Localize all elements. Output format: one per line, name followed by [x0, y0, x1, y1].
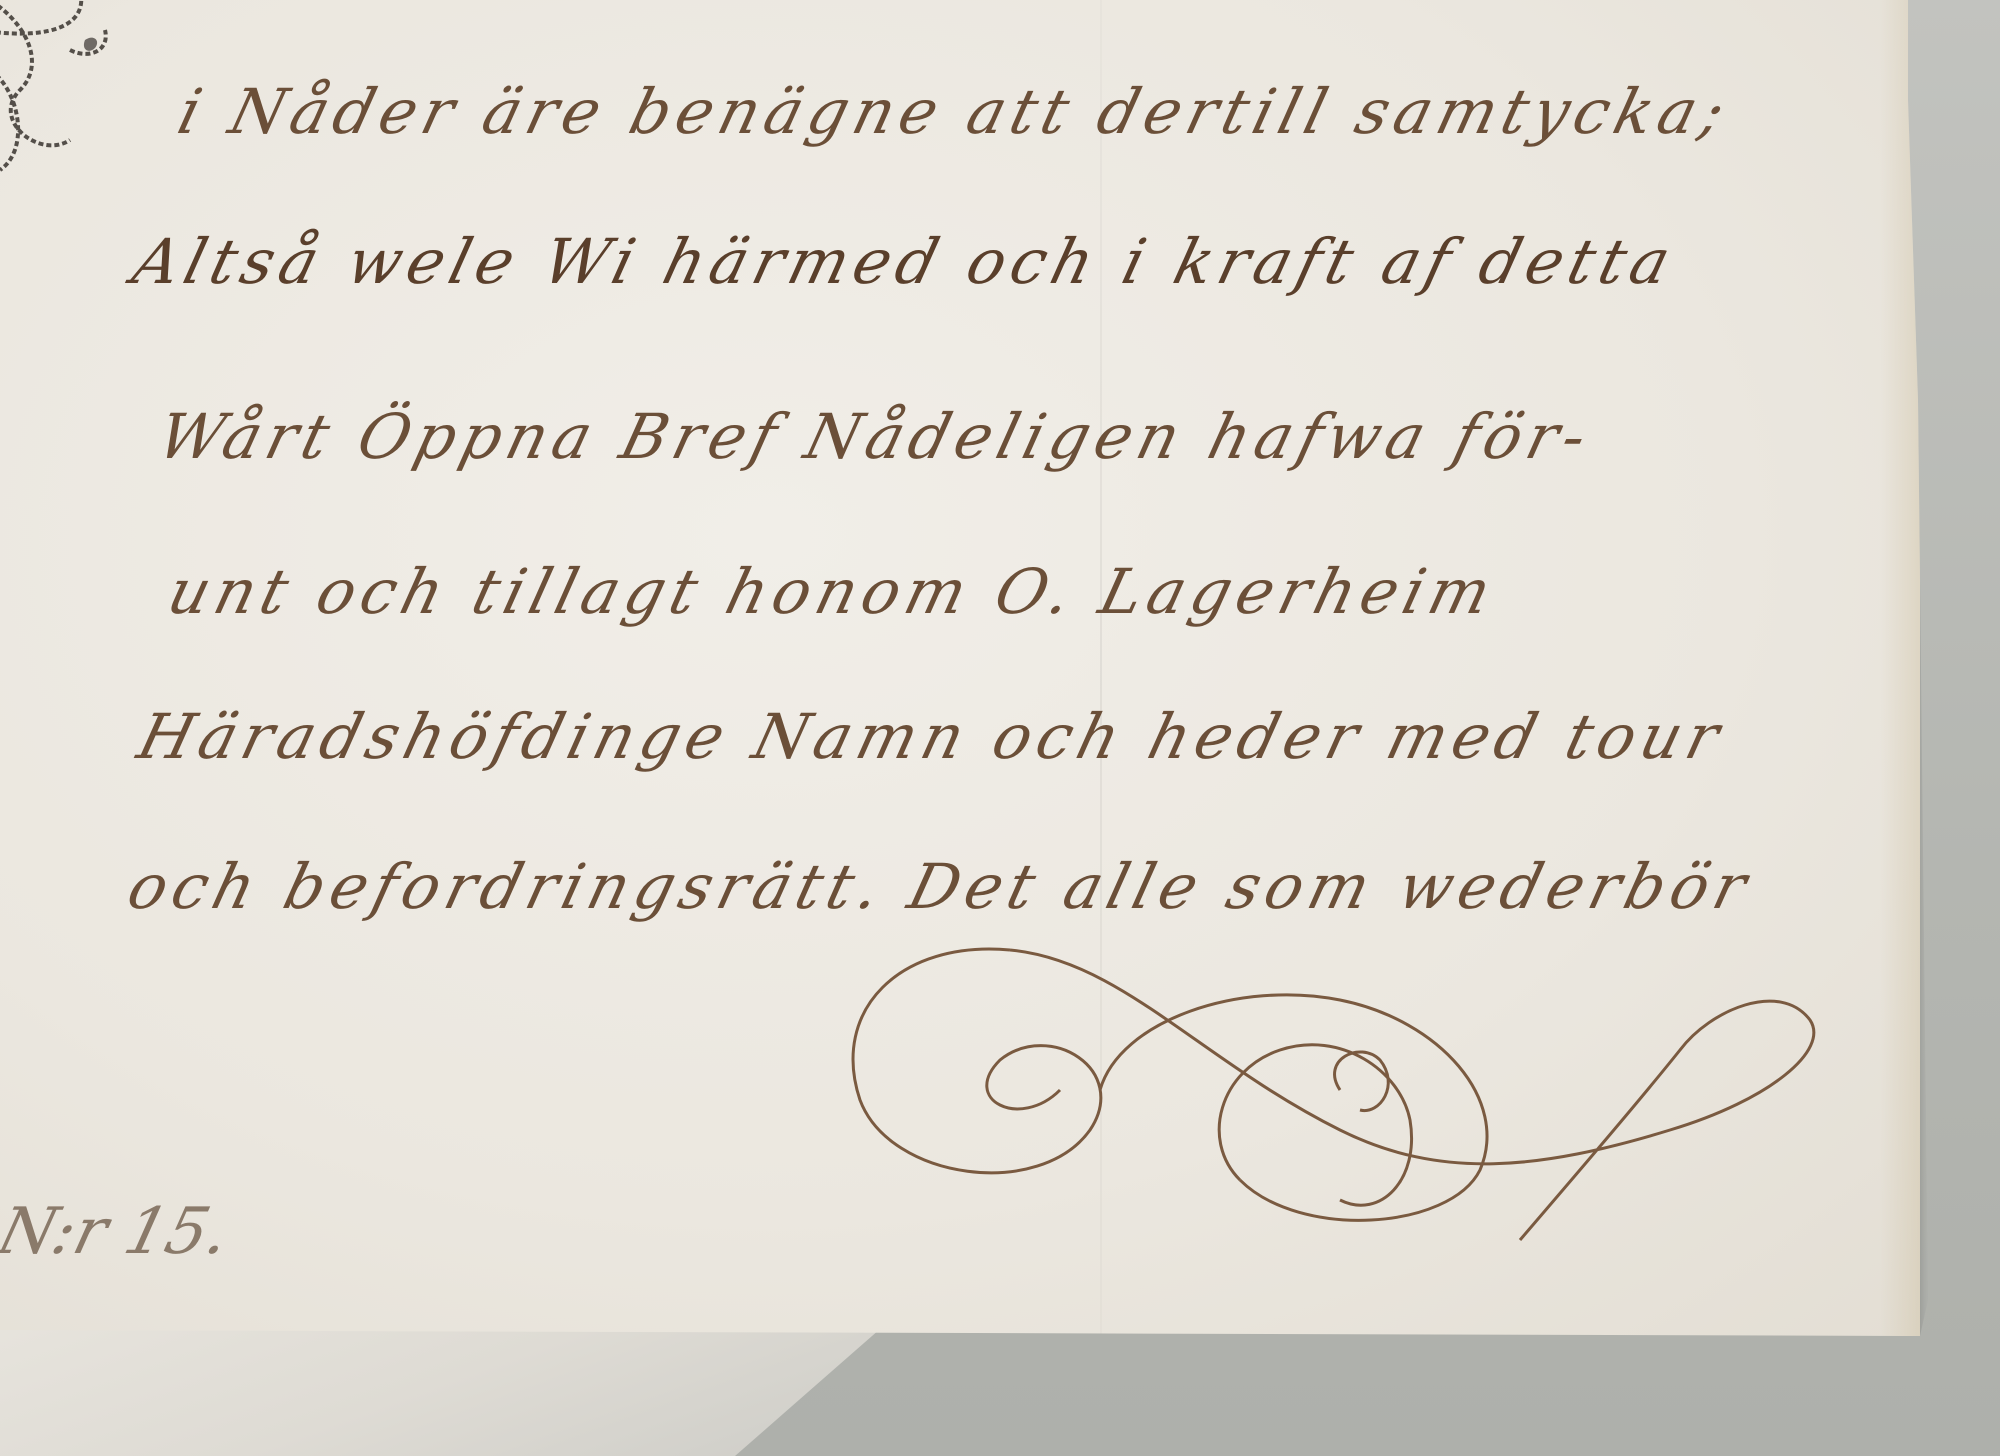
reference-number: N:r 15.: [0, 1195, 237, 1269]
text-line-2: Altså wele Wi härmed och i kraft af dett…: [126, 225, 1684, 298]
text-line-5: Häradshöfdinge Namn och heder med tour: [131, 700, 1732, 773]
text-line-3: Wårt Öppna Bref Nådeligen hafwa för-: [151, 400, 1600, 473]
text-line-6: och befordringsrätt. Det alle som wederb…: [121, 850, 1760, 923]
text-line-1: i Nåder äre benägne att dertill samtycka…: [171, 75, 1738, 148]
seal-ornament-icon: [0, 0, 150, 370]
closing-flourish-icon: [820, 940, 1950, 1270]
document-page: i Nåder äre benägne att dertill samtycka…: [0, 0, 1920, 1338]
text-line-4: unt och tillagt honom O. Lagerheim: [161, 555, 1504, 628]
